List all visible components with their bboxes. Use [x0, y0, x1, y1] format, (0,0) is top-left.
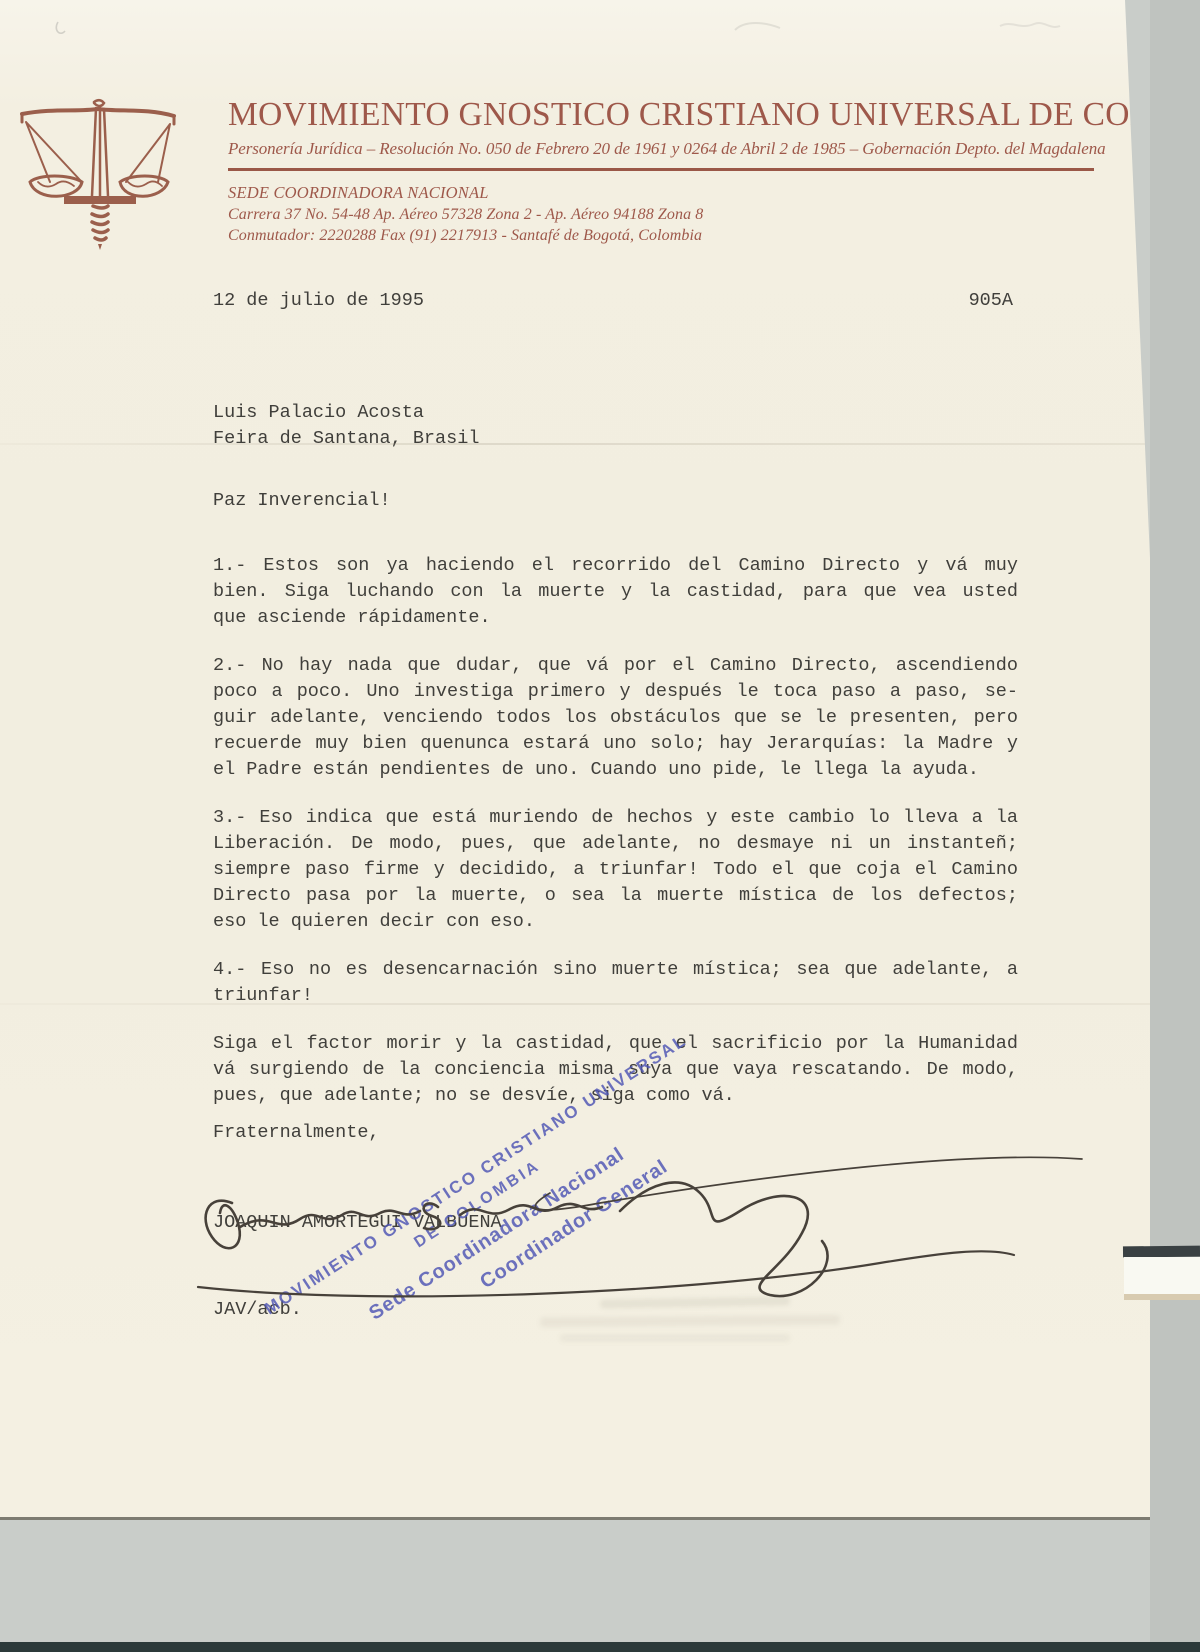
recipient-line: Feira de Santana, Brasil [213, 426, 479, 452]
paragraph-line: recuerde muy bien quenunca estará uno so… [213, 731, 1018, 757]
scan-edge-tan-strip [1124, 1294, 1200, 1300]
scanner-edge-shadow [1150, 0, 1200, 1652]
paragraph-line: Siga el factor morir y la castidad, que … [213, 1031, 1018, 1057]
paragraph-line: el Padre están pendientes de uno. Cuando… [213, 757, 1018, 783]
salutation: Paz Inverencial! [213, 488, 391, 514]
paragraph-line: bien. Siga luchando con la muerte y la c… [213, 579, 1018, 605]
fold-crease [0, 1003, 1200, 1005]
letter-paper: MOVIMIENTO GNOSTICO CRISTIANO UNIVERSAL … [0, 0, 1200, 1520]
letter-body: 1.- Estos son ya haciendo el recorrido d… [213, 553, 1018, 1131]
fold-crease [0, 443, 1200, 445]
paragraph: 4.- Eso no es desencarnación sino muerte… [213, 957, 1018, 1009]
scan-edge-white-strip [1124, 1257, 1200, 1294]
paragraph-line: Liberación. De modo, pues, que adelante,… [213, 831, 1018, 857]
letterhead-divider [228, 168, 1094, 171]
paragraph-line: 4.- Eso no es desencarnación sino muerte… [213, 957, 1018, 983]
reference-code: 905A [969, 288, 1013, 314]
paragraph-line: eso le quieren decir con eso. [213, 909, 1018, 935]
scales-of-justice-logo [8, 78, 193, 263]
recipient-line: Luis Palacio Acosta [213, 400, 479, 426]
address-line: Carrera 37 No. 54-48 Ap. Aéreo 57328 Zon… [228, 206, 1100, 224]
organization-name: MOVIMIENTO GNOSTICO CRISTIANO UNIVERSAL … [228, 96, 1087, 134]
legal-registration-line: Personería Jurídica – Resolución No. 050… [228, 139, 1100, 159]
scan-bottom-strip [0, 1642, 1200, 1652]
paragraph-line: Directo pasa por la muerte, o sea la mue… [213, 883, 1018, 909]
paragraph-line: guir adelante, venciendo todos los obstá… [213, 705, 1018, 731]
ink-bleed-smudge [560, 1334, 790, 1342]
paragraph-line: siempre paso firme y decidido, a triunfa… [213, 857, 1018, 883]
paragraph-line: triunfar! [213, 983, 1018, 1009]
paragraph-line: 1.- Estos son ya haciendo el recorrido d… [213, 553, 1018, 579]
office-name: SEDE COORDINADORA NACIONAL [228, 183, 1100, 203]
pencil-marks [0, 0, 1100, 60]
handwritten-signature [180, 1115, 1120, 1335]
paragraph-line: 3.- Eso indica que está muriendo de hech… [213, 805, 1018, 831]
paragraph-line: 2.- No hay nada que dudar, que vá por el… [213, 653, 1018, 679]
phone-line: Conmutador: 2220288 Fax (91) 2217913 - S… [228, 227, 1100, 245]
paragraph-line: que asciende rápidamente. [213, 605, 1018, 631]
scan-edge-dark-mark [1123, 1246, 1200, 1258]
paragraph: 2.- No hay nada que dudar, que vá por el… [213, 653, 1018, 783]
paragraph: 3.- Eso indica que está muriendo de hech… [213, 805, 1018, 935]
paragraph-line: poco a poco. Uno investiga primero y des… [213, 679, 1018, 705]
letter-date: 12 de julio de 1995 [213, 288, 424, 314]
paragraph: 1.- Estos son ya haciendo el recorrido d… [213, 553, 1018, 631]
dateline: 12 de julio de 1995 905A [213, 288, 1013, 314]
